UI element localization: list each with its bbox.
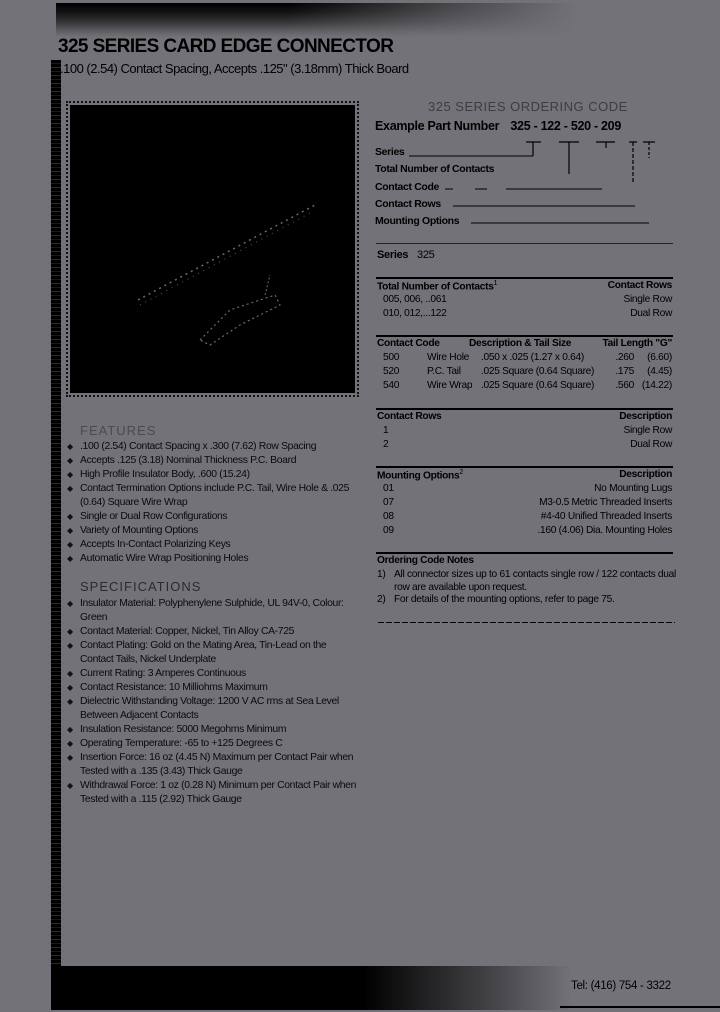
table-row: 010, 012,...122 Dual Row — [377, 308, 672, 322]
feature-item: Accepts .125 (3.18) Nominal Thickness P.… — [67, 454, 357, 468]
ordering-code-heading: 325 SERIES ORDERING CODE — [428, 99, 628, 114]
series-row: Series 325 — [377, 249, 672, 261]
divider — [376, 335, 673, 337]
page-subtitle: .100 (2.54) Contact Spacing, Accepts .12… — [60, 61, 409, 76]
page-title: 325 SERIES CARD EDGE CONNECTOR — [58, 36, 393, 58]
spec-item: Insertion Force: 16 oz (4.45 N) Maximum … — [67, 751, 357, 779]
connector-image-icon — [70, 105, 355, 393]
contact-code-table: Contact Code Description & Tail Size Tai… — [377, 338, 672, 394]
scan-noise-top — [56, 3, 576, 37]
specifications-list: Insulator Material: Polyphenylene Sulphi… — [67, 597, 357, 807]
feature-item: Single or Dual Row Configurations — [67, 510, 357, 524]
spec-item: Contact Plating: Gold on the Mating Area… — [67, 639, 357, 667]
code-label-rows: Contact Rows — [375, 198, 494, 215]
note-item: 2) For details of the mounting options, … — [377, 594, 677, 607]
phone-number: Tel: (416) 754 - 3322 — [571, 980, 671, 992]
divider — [376, 552, 673, 554]
table-row: 09 .160 (4.06) Dia. Mounting Holes — [377, 525, 672, 539]
feature-item: Accepts In-Contact Polarizing Keys — [67, 538, 357, 552]
spec-item: Insulator Material: Polyphenylene Sulphi… — [67, 597, 357, 625]
note-item: 1) All connector sizes up to 61 contacts… — [377, 569, 677, 594]
feature-item: High Profile Insulator Body, .600 (15.24… — [67, 468, 357, 482]
series-value: 325 — [417, 249, 434, 261]
feature-item: Contact Termination Options include P.C.… — [67, 482, 357, 510]
spec-item: Current Rating: 3 Amperes Continuous — [67, 667, 357, 681]
mounting-options-table: Mounting Options2 Description 01 No Moun… — [377, 469, 672, 539]
spec-item: Contact Resistance: 10 Milliohms Maximum — [67, 681, 357, 695]
contact-rows-table: Contact Rows Description 1 Single Row 2 … — [377, 411, 672, 453]
features-heading: FEATURES — [80, 423, 156, 438]
features-list: .100 (2.54) Contact Spacing x .300 (7.62… — [67, 440, 357, 566]
contacts-table: Total Number of Contacts1 Contact Rows 0… — [377, 280, 672, 322]
table-row: 08 #4-40 Unified Threaded Inserts — [377, 511, 672, 525]
contacts-header: Total Number of Contacts — [377, 281, 494, 292]
divider — [376, 277, 673, 279]
spec-item: Dielectric Withstanding Voltage: 1200 V … — [67, 695, 357, 723]
spec-item: Contact Material: Copper, Nickel, Tin Al… — [67, 625, 357, 639]
feature-item: Variety of Mounting Options — [67, 524, 357, 538]
code-label-contacts: Total Number of Contacts — [375, 163, 494, 180]
divider — [378, 622, 675, 623]
spec-item: Insulation Resistance: 5000 Megohms Mini… — [67, 723, 357, 737]
table-row: 005, 006, ..061 Single Row — [377, 294, 672, 308]
series-label: Series — [377, 249, 408, 261]
divider — [376, 408, 673, 410]
table-row: 2 Dual Row — [377, 439, 672, 453]
contact-rows-header: Contact Rows — [608, 280, 672, 294]
code-label-contact-code: Contact Code — [375, 181, 494, 198]
table-row: 07 M3-0.5 Metric Threaded Inserts — [377, 497, 672, 511]
table-row: 1 Single Row — [377, 425, 672, 439]
code-label-mounting: Mounting Options — [375, 215, 494, 232]
scan-noise-bottom — [51, 966, 571, 1010]
table-row: 540 Wire Wrap .025 Square (0.64 Square) … — [377, 380, 672, 394]
table-row: 500 Wire Hole .050 x .025 (1.27 x 0.64) … — [377, 352, 672, 366]
ordering-notes: Ordering Code Notes 1) All connector siz… — [377, 555, 677, 607]
bottom-rule — [560, 1006, 720, 1008]
feature-item: Automatic Wire Wrap Positioning Holes — [67, 552, 357, 566]
code-label-series: Series — [375, 146, 494, 163]
spec-item: Operating Temperature: -65 to +125 Degre… — [67, 737, 357, 751]
divider — [376, 466, 673, 468]
specifications-heading: SPECIFICATIONS — [80, 579, 201, 594]
divider — [376, 243, 673, 244]
table-row: 01 No Mounting Lugs — [377, 483, 672, 497]
scan-noise-left — [51, 60, 61, 970]
notes-heading: Ordering Code Notes — [377, 555, 677, 569]
table-row: 520 P.C. Tail .025 Square (0.64 Square) … — [377, 366, 672, 380]
spec-item: Withdrawal Force: 1 oz (0.28 N) Minimum … — [67, 779, 357, 807]
feature-item: .100 (2.54) Contact Spacing x .300 (7.62… — [67, 440, 357, 454]
product-photo — [70, 105, 355, 393]
ordering-code-labels: Series Total Number of Contacts Contact … — [375, 146, 494, 232]
